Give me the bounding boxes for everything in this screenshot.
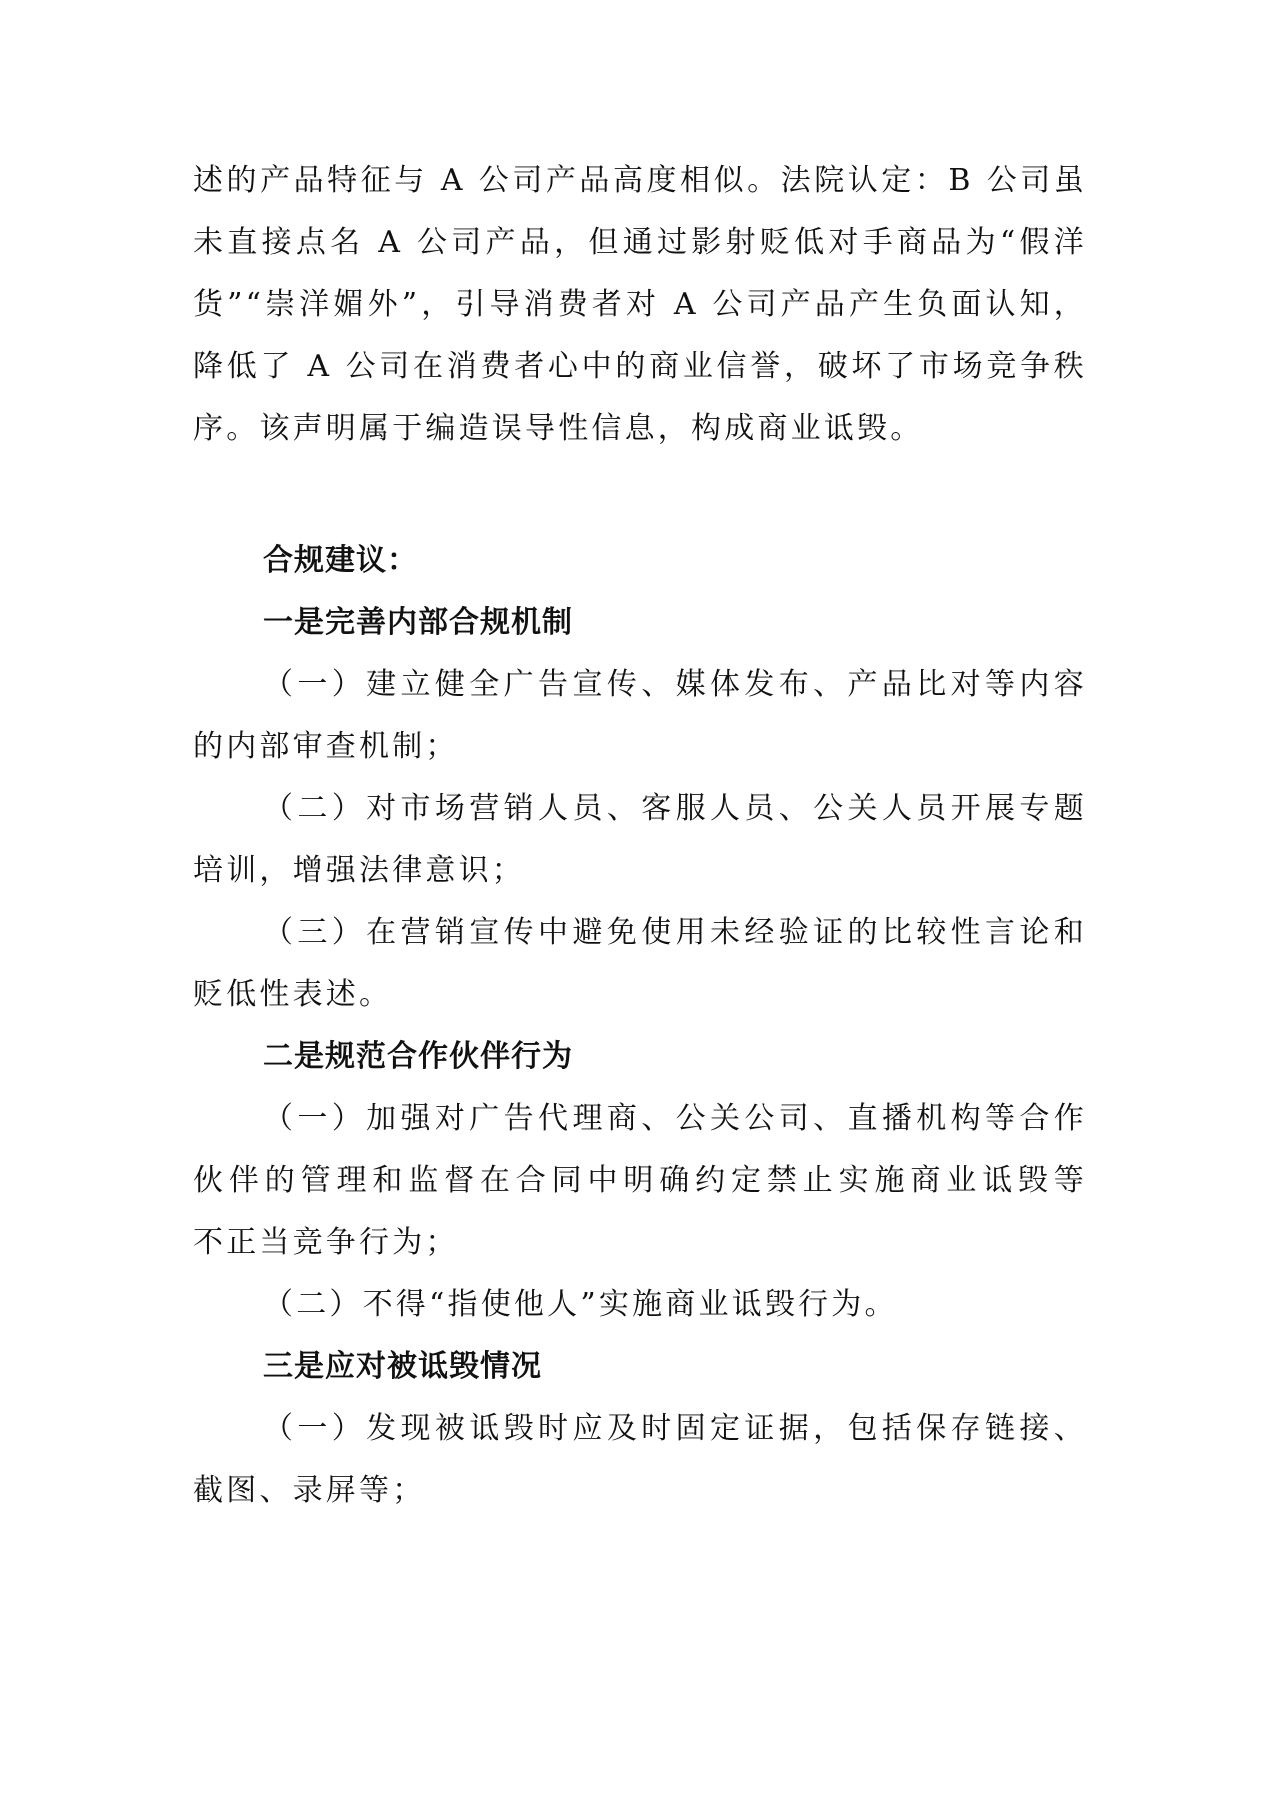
list-item: （二）对市场营销人员、客服人员、公关人员开展专题 培训，增强法律意识； — [193, 778, 1087, 902]
document-page: 述的产品特征与 A 公司产品高度相似。法院认定：B 公司虽 未直接点名 A 公司… — [0, 0, 1280, 1810]
text-line: （一）加强对广告代理商、公关公司、直播机构等合作 — [193, 1088, 1087, 1150]
text-line: （三）在营销宣传中避免使用未经验证的比较性言论和 — [193, 902, 1087, 964]
text-line: 不正当竞争行为； — [193, 1212, 1087, 1274]
list-item: （一）建立健全广告宣传、媒体发布、产品比对等内容 的内部审查机制； — [193, 654, 1087, 778]
text-line: 的内部审查机制； — [193, 716, 1087, 778]
text-line: 贬低性表述。 — [193, 964, 1087, 1026]
text-line: 货”“崇洋媚外”，引导消费者对 A 公司产品产生负面认知， — [193, 274, 1087, 336]
text-line: 述的产品特征与 A 公司产品高度相似。法院认定：B 公司虽 — [193, 150, 1087, 212]
text-line: 降低了 A 公司在消费者心中的商业信誉，破坏了市场竞争秩 — [193, 336, 1087, 398]
section-respond-to-defamation: 三是应对被诋毁情况 （一）发现被诋毁时应及时固定证据，包括保存链接、 截图、录屏… — [193, 1336, 1087, 1522]
text-line: 培训，增强法律意识； — [193, 840, 1087, 902]
text-line: 未直接点名 A 公司产品，但通过影射贬低对手商品为“假洋 — [193, 212, 1087, 274]
document-body: 述的产品特征与 A 公司产品高度相似。法院认定：B 公司虽 未直接点名 A 公司… — [193, 150, 1087, 1522]
list-item: （一）加强对广告代理商、公关公司、直播机构等合作 伙伴的管理和监督在合同中明确约… — [193, 1088, 1087, 1274]
compliance-title: 合规建议： — [193, 530, 1087, 592]
list-item: （一）发现被诋毁时应及时固定证据，包括保存链接、 截图、录屏等； — [193, 1398, 1087, 1522]
text-line: 伙伴的管理和监督在合同中明确约定禁止实施商业诋毁等 — [193, 1150, 1087, 1212]
section-heading: 二是规范合作伙伴行为 — [193, 1026, 1087, 1088]
text-line: 截图、录屏等； — [193, 1460, 1087, 1522]
section-heading: 三是应对被诋毁情况 — [193, 1336, 1087, 1398]
text-line: （二）对市场营销人员、客服人员、公关人员开展专题 — [193, 778, 1087, 840]
section-spacer — [193, 460, 1087, 530]
list-item: （三）在营销宣传中避免使用未经验证的比较性言论和 贬低性表述。 — [193, 902, 1087, 1026]
list-item: （二）不得“指使他人”实施商业诋毁行为。 — [193, 1274, 1087, 1336]
section-internal-compliance: 一是完善内部合规机制 （一）建立健全广告宣传、媒体发布、产品比对等内容 的内部审… — [193, 592, 1087, 1026]
text-line: （一）建立健全广告宣传、媒体发布、产品比对等内容 — [193, 654, 1087, 716]
text-line: （二）不得“指使他人”实施商业诋毁行为。 — [193, 1274, 1087, 1336]
section-heading: 一是完善内部合规机制 — [193, 592, 1087, 654]
text-line: （一）发现被诋毁时应及时固定证据，包括保存链接、 — [193, 1398, 1087, 1460]
text-line: 序。该声明属于编造误导性信息，构成商业诋毁。 — [193, 398, 1087, 460]
section-partner-conduct: 二是规范合作伙伴行为 （一）加强对广告代理商、公关公司、直播机构等合作 伙伴的管… — [193, 1026, 1087, 1336]
intro-paragraph: 述的产品特征与 A 公司产品高度相似。法院认定：B 公司虽 未直接点名 A 公司… — [193, 150, 1087, 460]
